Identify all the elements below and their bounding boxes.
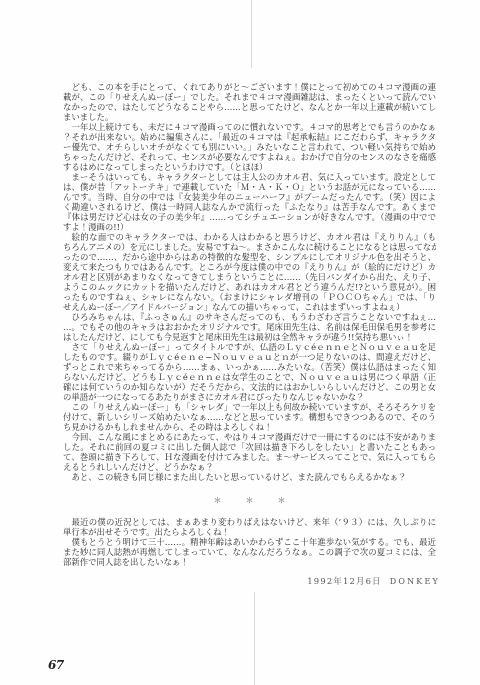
paragraph: まーそうはいっても、キャラクターとしては主人公のカオル君、気に入っています。設定…: [63, 172, 436, 232]
text-line: …。でもその他のキャラはおおかたオリジナルです。尾床田先生は、名前は保毛田保毛男…: [63, 322, 436, 332]
binding-gutter-line-top: [251, 0, 252, 68]
text-line: て、巻頭に描き下ろして、Ｈな漫画を付けてみました。ま〜サービスってことで、気に入…: [63, 452, 436, 462]
text-line: 部新作で同人誌を出したいなぁ！: [63, 557, 436, 567]
signature-date: 1992年12月6日: [307, 576, 381, 586]
text-line: せえんぬーぼー／アイドルバージョン」なんての描いちゃって、これはまずいっすよねぇ…: [63, 302, 436, 312]
paragraph: この「りせえんぬーぼー」も「シャレダ」で一年以上も何故か続いていますが、そろそろ…: [63, 402, 436, 432]
text-line: はしたんだけど、にしても今見返すと尾床田先生は最初は全然キャラが違う!!気持ち悪…: [63, 332, 436, 342]
binding-gutter-line-bottom: [254, 592, 255, 685]
text-line: ども、この本を手にとって、くれてありがと〜ございます！僕にとって初めての４コマ漫…: [63, 82, 436, 92]
text-line: ったものですねぇ、シャレになんない。（おまけにシャレダ増刊の「ＰＯＣＯちゃん」で…: [63, 292, 436, 302]
paragraph: 絵的な面でのキャラクターでは、わかる人はわかると思うけど、カオル君は『えりりん』…: [63, 232, 436, 312]
text-line: あと、この続きも同じ様にまた出したいと思っているけど、また読んでもらえるかなぁ？: [63, 472, 436, 482]
text-line: ？それが出来ない。始めに編集さんに、「最近の４コマは『起承転結』にこだわらず、キ…: [63, 132, 436, 142]
paragraph: ども、この本を手にとって、くれてありがと〜ございます！僕にとって初めての４コマ漫…: [63, 82, 436, 122]
text-line: 一年以上続けても、未だに４コマ漫画ってのに慣れないです。４コマ的思考とでも言うの…: [63, 122, 436, 132]
text-line: した。それに前回の夏コミに出した個人誌で「次回は描き下ろしをしたい」と書いたこと…: [63, 442, 436, 452]
text-line: は、僕が昔「アットーテキ」で連載していた「Ｍ・Ａ・Ｋ・Ｏ」というお話が元になって…: [63, 182, 436, 192]
text-line: 載が、この「りせえんぬーぼー」でした。それまで４コマ漫画雑誌は、まったくといって…: [63, 92, 436, 102]
text-line: ち見かけるかもしれませんから、その時はよろしくね！: [63, 422, 436, 432]
text-line: この「りせえんぬーぼー」も「シャレダ」で一年以上も何故か続いていますが、そろそろ…: [63, 402, 436, 412]
text-line: ー優先で、オチらしいオチがなくても別にいい。」みたいなこと言われて、つい軽い気持…: [63, 142, 436, 152]
text-line: さて「りせえんぬーぼー」ってタイトルですが、仏語のＬｙｃéｅｎｎｅとＮｏｕｖｅａ…: [63, 342, 436, 352]
section-separator-asterisks: ＊ ＊ ＊: [63, 496, 436, 506]
text-line: なかったので、はたしてどうなることやら……と思ってたけど、なんとか一年以上連載が…: [63, 102, 436, 112]
recent-news-section: 最近の僕の近況としては、まぁあまり変わりばえはないけど、来年（’９３）には、久し…: [63, 517, 436, 567]
text-line: ひろみちゃんは、『ふっさゅん』のサキさんだってのも、もうわざわざ言うことないです…: [63, 312, 436, 322]
text-line: まーそうはいっても、キャラクターとしては主人公のカオル君、気に入っています。設定…: [63, 172, 436, 182]
text-line: の単語が一つになってるあたりがまさにカオル君にぴったりなんじゃないかな？: [63, 392, 436, 402]
paragraph: さて「りせえんぬーぼー」ってタイトルですが、仏語のＬｙｃéｅｎｎｅとＮｏｕｖｅａ…: [63, 342, 436, 402]
text-line: えるとうれしいんだけど、どうかなぁ？: [63, 462, 436, 472]
text-line: 付けて、新しいシリーズ始めたいなぁ……などと思っています。構想もできつつあるので…: [63, 412, 436, 422]
text-line: ちゃったんだけど、それって、センスが必要なんですよねぇ。おかげで自分のセンスのな…: [63, 152, 436, 162]
paragraph: ひろみちゃんは、『ふっさゅん』のサキさんだってのも、もうわざわざ言うことないです…: [63, 312, 436, 342]
paragraph: あと、この続きも同じ様にまた出したいと思っているけど、また読んでもらえるかなぁ？: [63, 472, 436, 482]
text-line: 今回、こんな風にまとめるにあたって、やはり４コマ漫画だけで一冊にするのには不安が…: [63, 432, 436, 442]
text-line: 最近の僕の近況としては、まぁあまり変わりばえはないけど、来年（’９３）には、久し…: [63, 517, 436, 527]
text-line: 確には何ていうのか知らないが）だそうだから、文法的にはおかしいらしいんだけど、こ…: [63, 382, 436, 392]
text-line: んです。当時、自分の中では『女装美少年のニューハーフ』がブームだったんです。（笑…: [63, 192, 436, 202]
paragraph: 一年以上続けても、未だに４コマ漫画ってのに慣れないです。４コマ的思考とでも言うの…: [63, 122, 436, 172]
text-line: ようこのムックにカットを描いたんだけど、あれはカオル君とどう違うんだ!?という意…: [63, 282, 436, 292]
text-line: ずっとこれで来ちゃってるから……まぁ、いっかぁ……みたいな。（苦笑）僕は仏語はま…: [63, 362, 436, 372]
afterword-body: ども、この本を手にとって、くれてありがと〜ございます！僕にとって初めての４コマ漫…: [63, 82, 436, 482]
signature-author: DONKEY: [390, 577, 440, 586]
text-line: したものです。綴りがＬｙｃéｅｎｅ−Ｎｏｕｖｅａｕとｎが一つ足りないのは、間違え…: [63, 352, 436, 362]
page-number: 67: [48, 658, 64, 672]
text-line: また妙に同人誌熱が再燃してしまっていて、なんなんだろうなぁ。この調子で次の夏コミ…: [63, 547, 436, 557]
text-line: ったので……、だから途中からはあの特徴的な髪型を、シンプルにしてオリジナル色を出…: [63, 252, 436, 262]
text-line: く勘違いされるけど、僕は一時同人誌なんかで流行った『ふたなり』は苦手なんです。あ…: [63, 202, 436, 212]
text-line: 単行本が出せそうです。出たらよろしくね！: [63, 527, 436, 537]
text-line: 絵的な面でのキャラクターでは、わかる人はわかると思うけど、カオル君は『えりりん』…: [63, 232, 436, 242]
text-line: まいました。: [63, 112, 436, 122]
paragraph: 僕もとうとう明けて三十……。精神年齢はあいかわらずここ十年進歩ない気がする。でも…: [63, 537, 436, 567]
signature: 1992年12月6日DONKEY: [307, 576, 440, 586]
text-line: らないんだけど、どうもＬｙｃéｅｎｎｅは女学生のことで、Ｎｏｕｖｅａｕは男につく…: [63, 372, 436, 382]
paragraph: 最近の僕の近況としては、まぁあまり変わりばえはないけど、来年（’９３）には、久し…: [63, 517, 436, 537]
text-line: するはめになってしまったというわけです。（とほほ）: [63, 162, 436, 172]
text-line: 『体は男だけど心は女の子の美少年』……ってシチュエーションが好きなんです。（漫画…: [63, 212, 436, 222]
text-line: 僕もとうとう明けて三十……。精神年齢はあいかわらずここ十年進歩ない気がする。でも…: [63, 537, 436, 547]
paragraph: 今回、こんな風にまとめるにあたって、やはり４コマ漫画だけで一冊にするのには不安が…: [63, 432, 436, 472]
text-line: オル君と区別があまりなくなってきてしまうということに……（先日バンダイから出た、…: [63, 272, 436, 282]
text-line: ちろんアニメの）を元にしました。安易ですね〜。まさかこんなに続けることになるとは…: [63, 242, 436, 252]
text-line: 変えて来たつもりではあるんです。ところが今度は僕の中での『えりりん』が（絵的にだ…: [63, 262, 436, 272]
text-line: すよ！漫画の!!）: [63, 222, 436, 232]
